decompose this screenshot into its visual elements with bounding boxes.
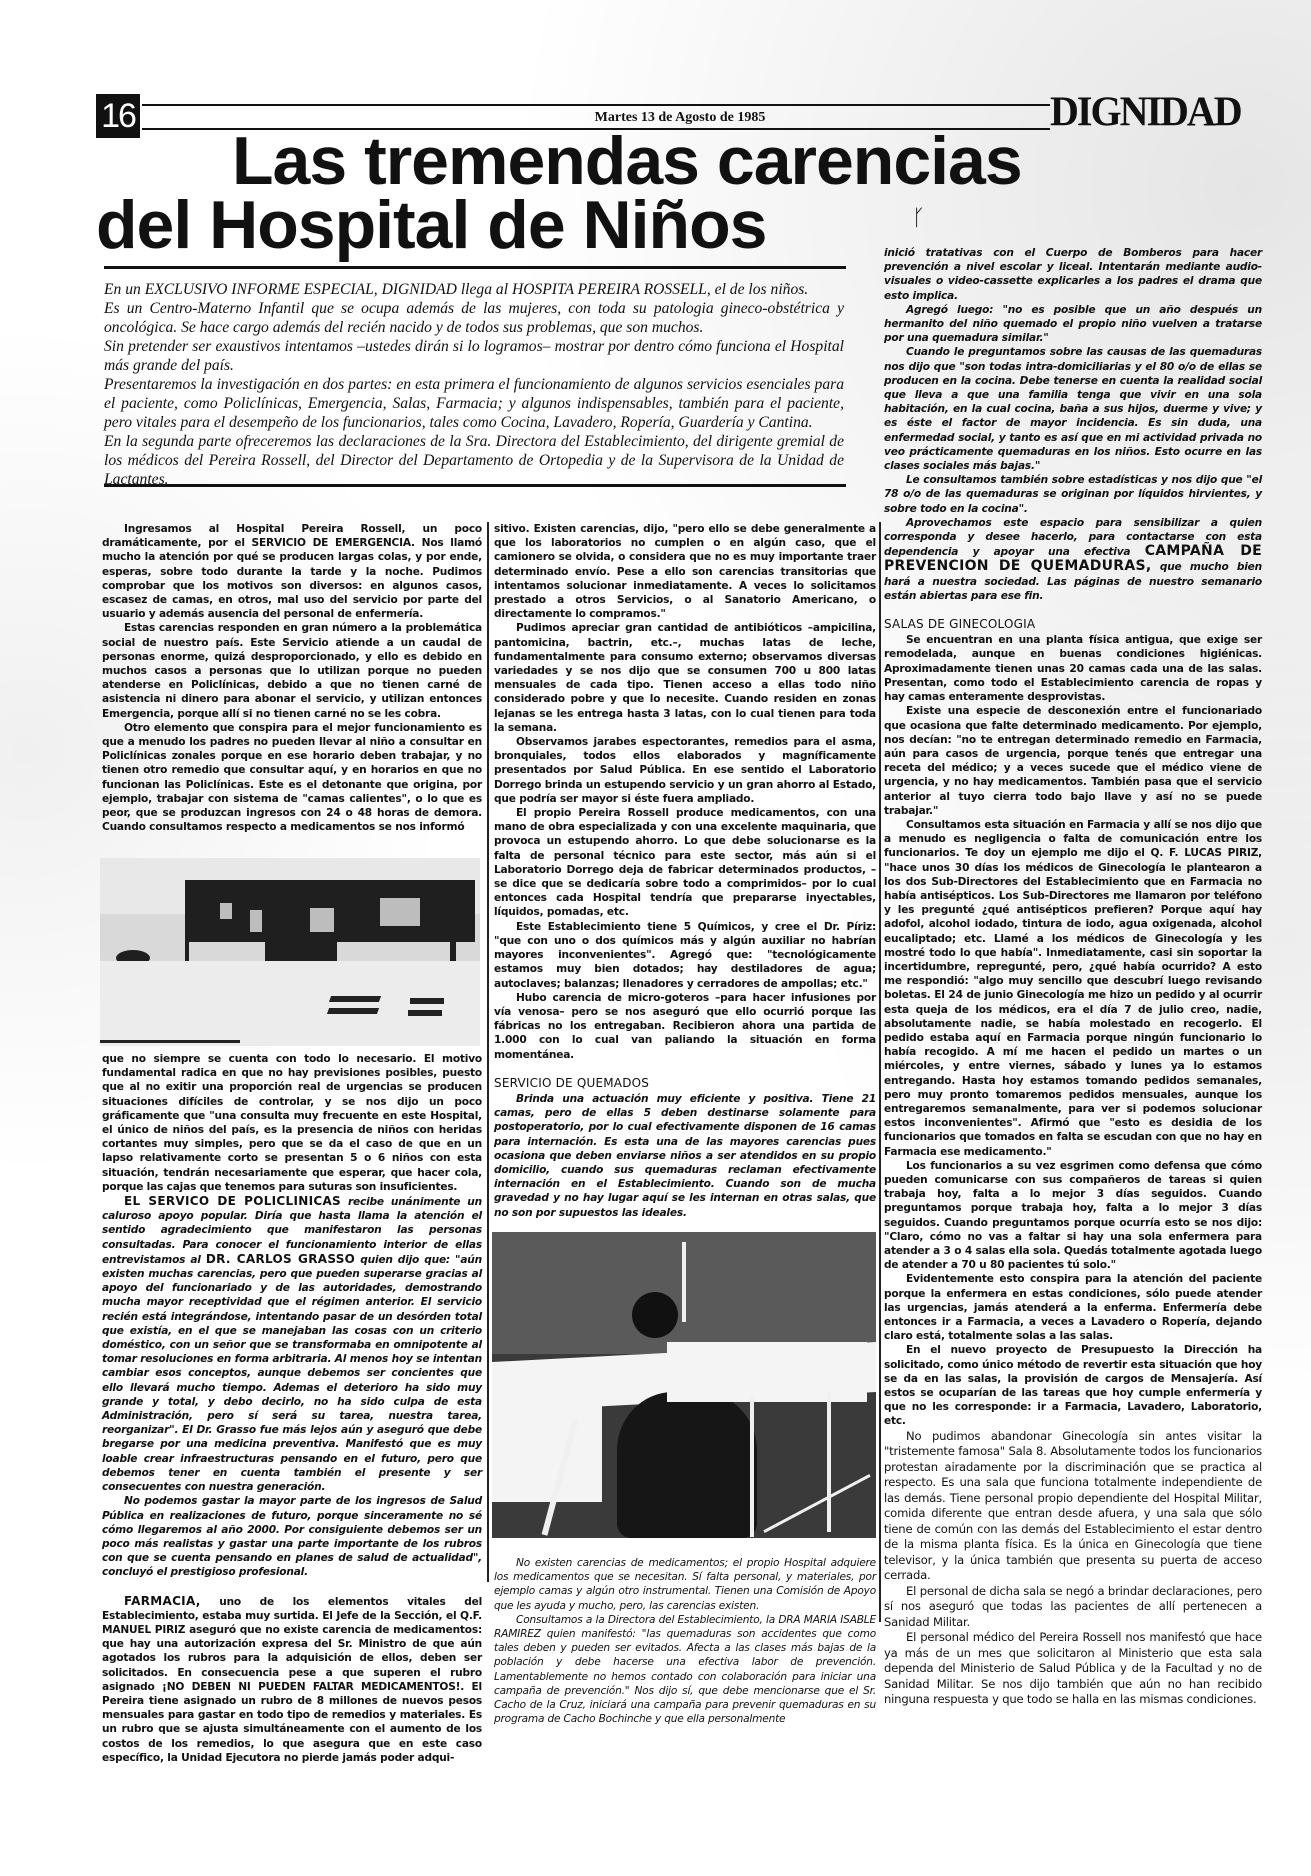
article-paragraph: El propio Pereira Rossell produce medica… <box>494 806 876 920</box>
article-paragraph: Existe una especie de desconexión entre … <box>884 704 1262 818</box>
header-rule-top <box>142 104 1050 106</box>
article-paragraph: Brinda una actuación muy eficiente y pos… <box>494 1092 876 1220</box>
lead-intro: En un EXCLUSIVO INFORME ESPECIAL, DIGNID… <box>104 280 844 489</box>
article-paragraph: Hubo carencia de micro-goteros –para hac… <box>494 991 876 1062</box>
article-paragraph: Este Establecimiento tiene 5 Químicos, y… <box>494 920 876 991</box>
article-paragraph: Consultamos a la Directora del Estableci… <box>494 1613 876 1727</box>
article-paragraph: El personal de dicha sala se negó a brin… <box>884 1584 1262 1631</box>
photo-hospital-building <box>100 858 480 1046</box>
campaign-paragraph: Aprovechamos este espacio para sensibili… <box>884 516 1262 603</box>
masthead: DIGNIDAD <box>1050 87 1241 136</box>
section-heading-ginecologia: SALAS DE GINECOLOGIA <box>884 617 1262 631</box>
lead-paragraph: En la segunda parte ofreceremos las decl… <box>104 432 844 489</box>
article-paragraph: Estas carencias responden en gran número… <box>102 621 482 720</box>
article-paragraph: Observamos jarabes espectorantes, remedi… <box>494 735 876 806</box>
photo-nurse-hospital-bed <box>492 1232 876 1538</box>
article-paragraph: que no siempre se cuenta con todo lo nec… <box>102 1052 482 1194</box>
headline-line-2: del Hospital de Niños <box>96 192 766 258</box>
article-paragraph: No podemos gastar la mayor parte de los … <box>102 1494 482 1579</box>
article-paragraph: Agregó luego: "no es posible que un año … <box>884 303 1262 346</box>
lead-paragraph: Sin pretender ser exaustivos intentamos … <box>104 337 844 375</box>
article-paragraph: Consultamos esta situación en Farmacia y… <box>884 818 1262 1159</box>
photo-caption-paragraph: No existen carencias de medicamentos; el… <box>494 1556 876 1613</box>
column-divider-1 <box>487 522 489 1582</box>
article-paragraph: El personal médico del Pereira Rossell n… <box>884 1630 1262 1708</box>
article-paragraph: Pudimos apreciar gran cantidad de antibi… <box>494 621 876 735</box>
column-3: inició tratativas con el Cuerpo de Bombe… <box>884 246 1262 1708</box>
article-paragraph: Otro elemento que conspira para el mejor… <box>102 721 482 835</box>
article-paragraph: Se encuentran en una planta física antig… <box>884 633 1262 704</box>
article-paragraph: Ingresamos al Hospital Pereira Rossell, … <box>102 522 482 621</box>
column-divider-2 <box>879 522 881 1622</box>
article-paragraph: Los funcionarios a su vez esgrimen como … <box>884 1159 1262 1273</box>
article-paragraph: inició tratativas con el Cuerpo de Bombe… <box>884 246 1262 303</box>
lead-rule-bottom <box>104 484 846 487</box>
column-3-closing: No pudimos abandonar Ginecología sin ant… <box>884 1429 1262 1708</box>
article-paragraph: En el nuevo proyecto de Presupuesto la D… <box>884 1343 1262 1428</box>
article-paragraph: Cuando le preguntamos sobre las causas d… <box>884 345 1262 473</box>
column-2-bottom: No existen carencias de medicamentos; el… <box>494 1556 876 1726</box>
column-1-top: Ingresamos al Hospital Pereira Rossell, … <box>102 522 482 834</box>
doctor-name: DR. CARLOS GRASSO <box>206 1252 355 1266</box>
headline-line-1: Las tremendas carencias <box>232 128 1022 194</box>
farmacia-heading: FARMACIA, <box>124 1594 201 1608</box>
lead-paragraph: Es un Centro-Materno Infantil que se ocu… <box>104 299 844 337</box>
stray-ink-mark: ᚴ <box>912 205 925 231</box>
column-2-top: sitivo. Existen carencias, dijo, "pero e… <box>494 522 876 1220</box>
lead-paragraph: En un EXCLUSIVO INFORME ESPECIAL, DIGNID… <box>104 280 844 299</box>
column-1-bottom: que no siempre se cuenta con todo lo nec… <box>102 1052 482 1765</box>
article-paragraph: No pudimos abandonar Ginecología sin ant… <box>884 1429 1262 1584</box>
article-paragraph: sitivo. Existen carencias, dijo, "pero e… <box>494 522 876 621</box>
lead-rule-top <box>104 266 846 269</box>
article-paragraph: Evidentemente esto conspira para la aten… <box>884 1272 1262 1343</box>
lead-paragraph: Presentaremos la investigación en dos pa… <box>104 375 844 432</box>
section-heading-quemados: SERVICIO DE QUEMADOS <box>494 1076 876 1090</box>
policlinicas-paragraph: EL SERVICO DE POLICLINICAS recibe unánim… <box>102 1194 482 1494</box>
article-paragraph: Le consultamos también sobre estadística… <box>884 473 1262 516</box>
policlinicas-heading: EL SERVICO DE POLICLINICAS <box>124 1194 341 1208</box>
page-number: 16 <box>96 94 140 138</box>
farmacia-paragraph: FARMACIA, uno de los elementos vitales d… <box>102 1594 482 1765</box>
